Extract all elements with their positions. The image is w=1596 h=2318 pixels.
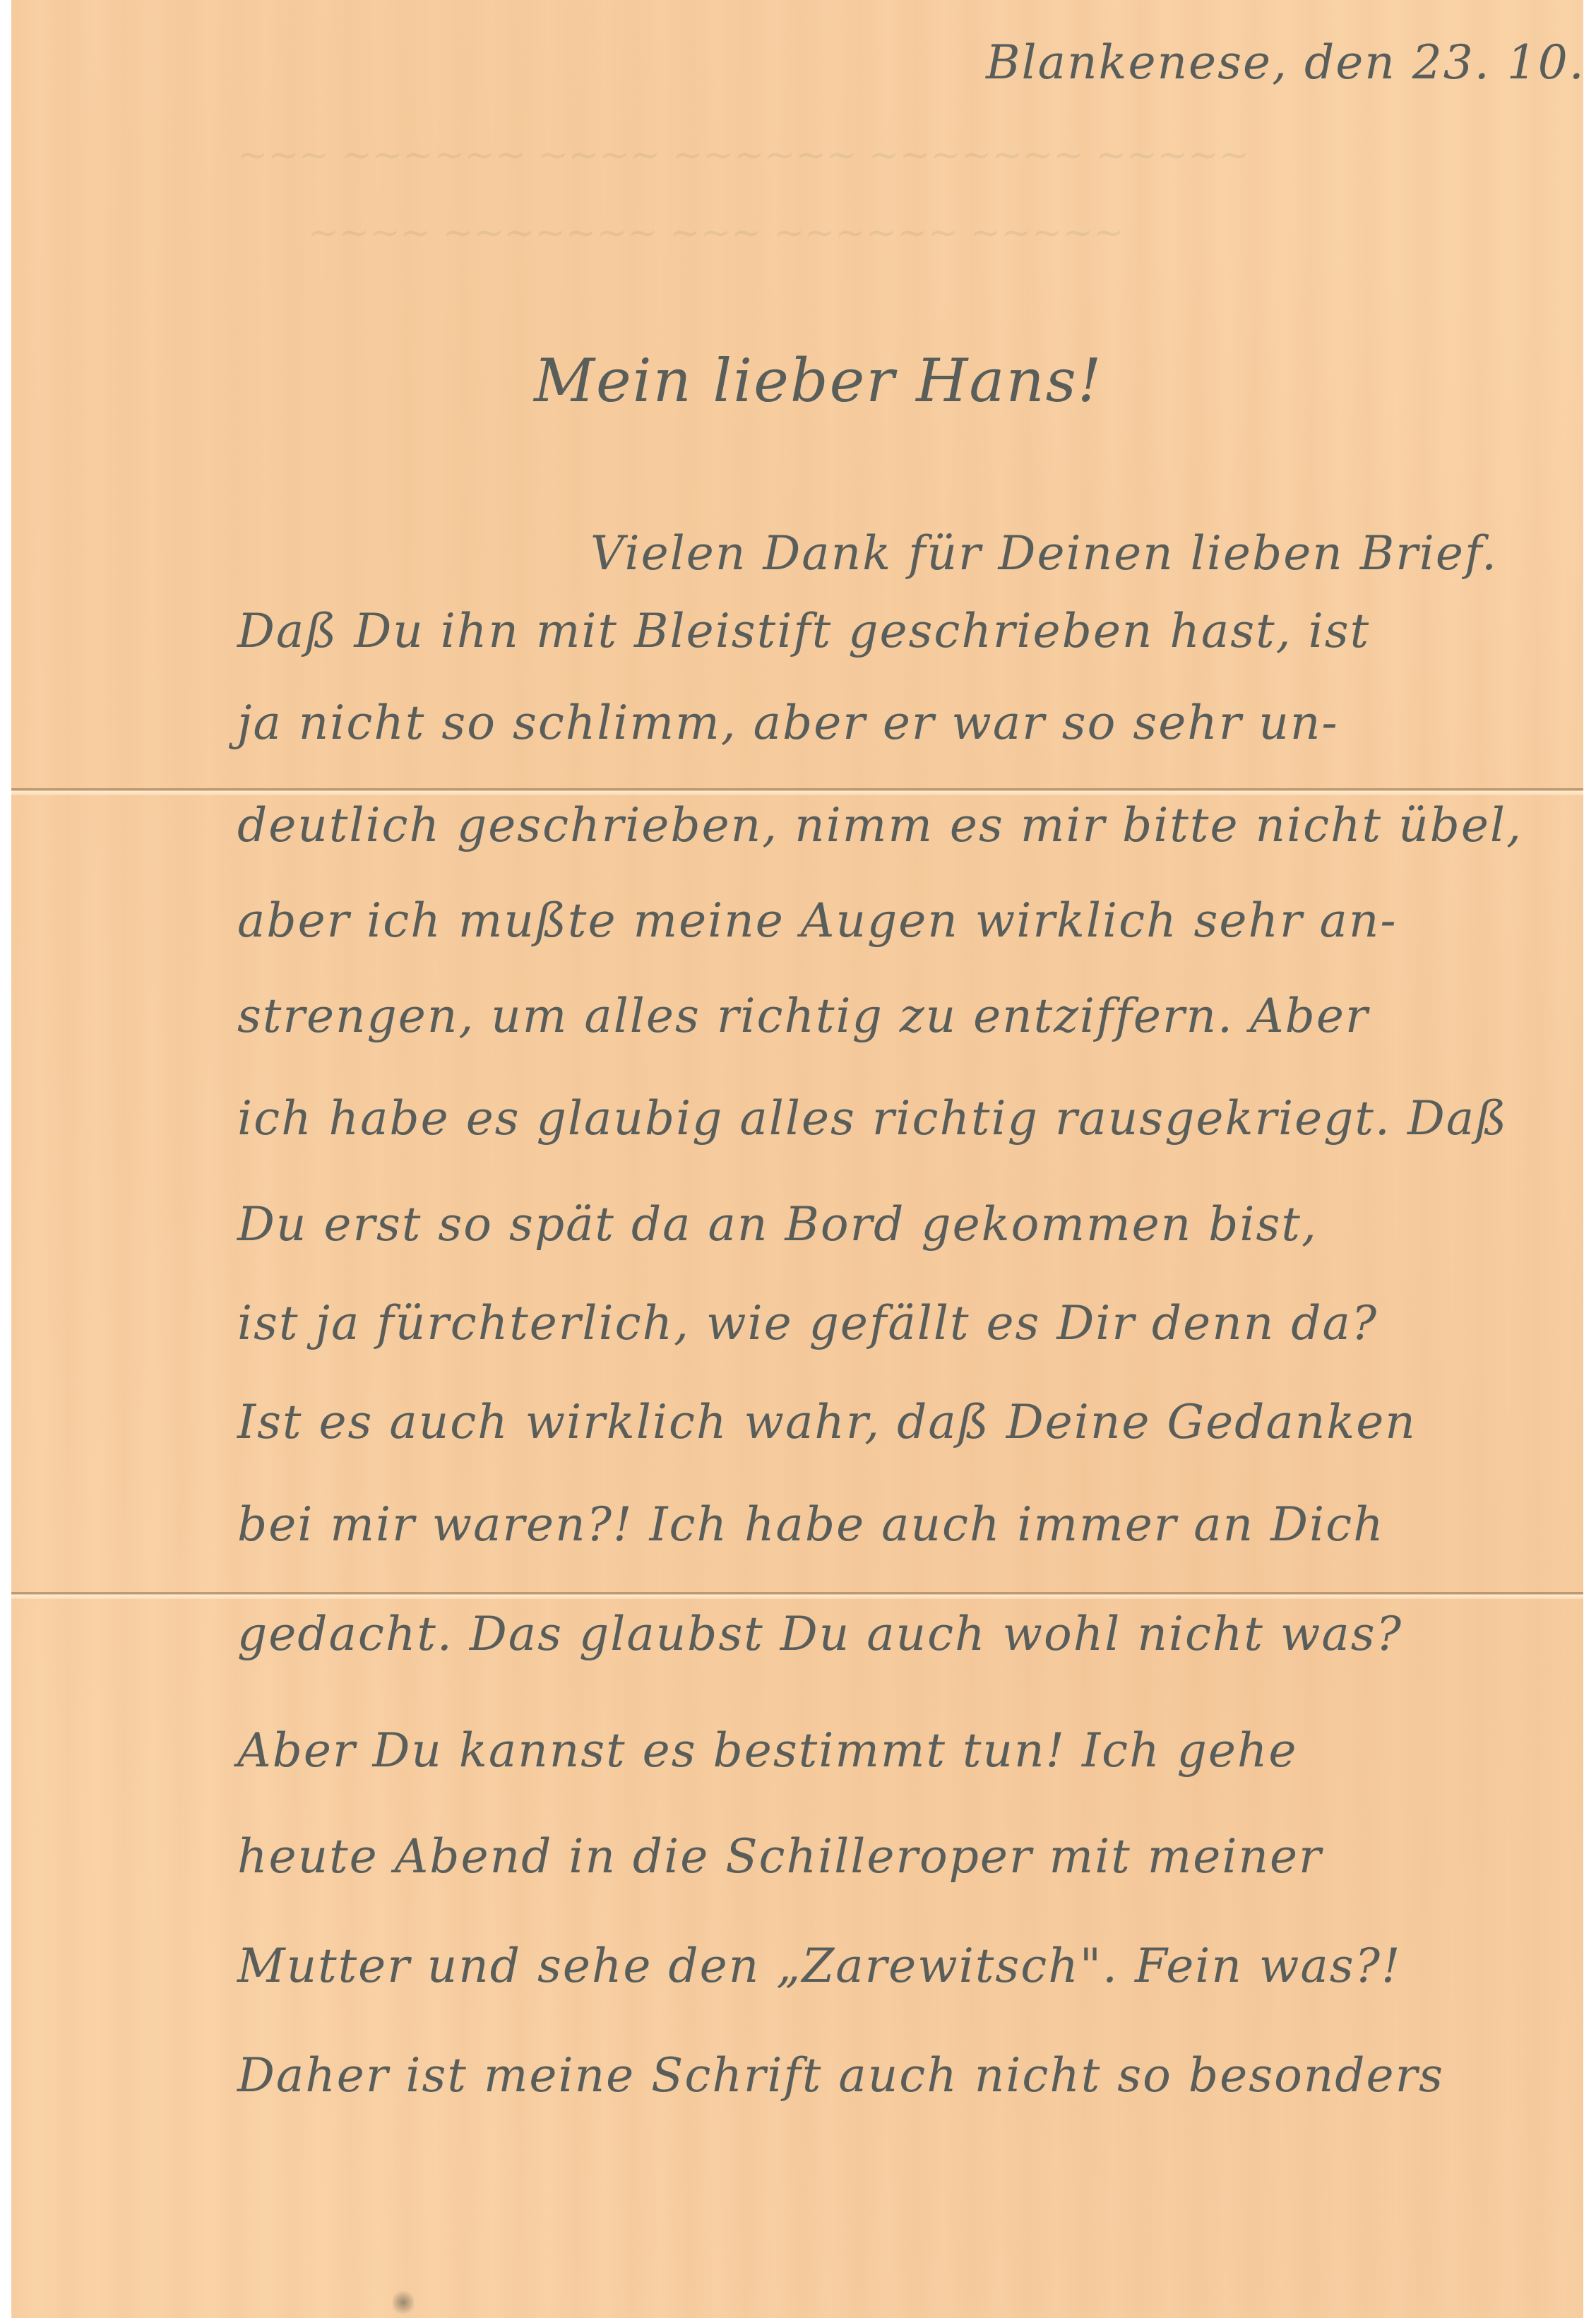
show-through-text: ~~~ ~~~~~~ ~~~~ ~~~~~~ ~~~~~~~ ~~~~~ xyxy=(237,134,1249,177)
body-line: Du erst so spät da an Bord gekommen bist… xyxy=(237,1197,1318,1252)
body-line: Aber Du kannst es bestimmt tun! Ich gehe xyxy=(237,1723,1297,1778)
letter-page: ~~~ ~~~~~~ ~~~~ ~~~~~~ ~~~~~~~ ~~~~~ ~~~… xyxy=(11,0,1583,2318)
place-date: Blankenese, den 23. 10. 35 xyxy=(986,35,1596,90)
body-line: gedacht. Das glaubst Du auch wohl nicht … xyxy=(237,1607,1403,1661)
body-line: ja nicht so schlimm, aber er war so sehr… xyxy=(237,696,1339,750)
body-line: Vielen Dank für Deinen lieben Brief. xyxy=(590,526,1498,581)
body-line: deutlich geschrieben, nimm es mir bitte … xyxy=(237,798,1523,852)
body-line: strengen, um alles richtig zu entziffern… xyxy=(237,989,1369,1043)
body-line: ich habe es glaubig alles richtig rausge… xyxy=(237,1091,1508,1146)
body-line: bei mir waren?! Ich habe auch immer an D… xyxy=(237,1497,1385,1552)
ink-speck xyxy=(393,2288,414,2317)
body-line: Mutter und sehe den „Zarewitsch". Fein w… xyxy=(237,1939,1401,1993)
body-line: aber ich mußte meine Augen wirklich sehr… xyxy=(237,893,1398,948)
salutation: Mein lieber Hans! xyxy=(534,346,1102,415)
show-through-text: ~~~~ ~~~~~~~ ~~~ ~~~~~~ ~~~~~ xyxy=(308,212,1124,254)
fold-line xyxy=(11,788,1583,795)
body-line: Daher ist meine Schrift auch nicht so be… xyxy=(237,2048,1444,2103)
body-line: Daß Du ihn mit Bleistift geschrieben has… xyxy=(237,604,1370,658)
fold-line xyxy=(11,1592,1583,1599)
body-line: ist ja fürchterlich, wie gefällt es Dir … xyxy=(237,1296,1378,1350)
body-line: heute Abend in die Schilleroper mit mein… xyxy=(237,1829,1323,1884)
body-line: Ist es auch wirklich wahr, daß Deine Ged… xyxy=(237,1395,1417,1449)
